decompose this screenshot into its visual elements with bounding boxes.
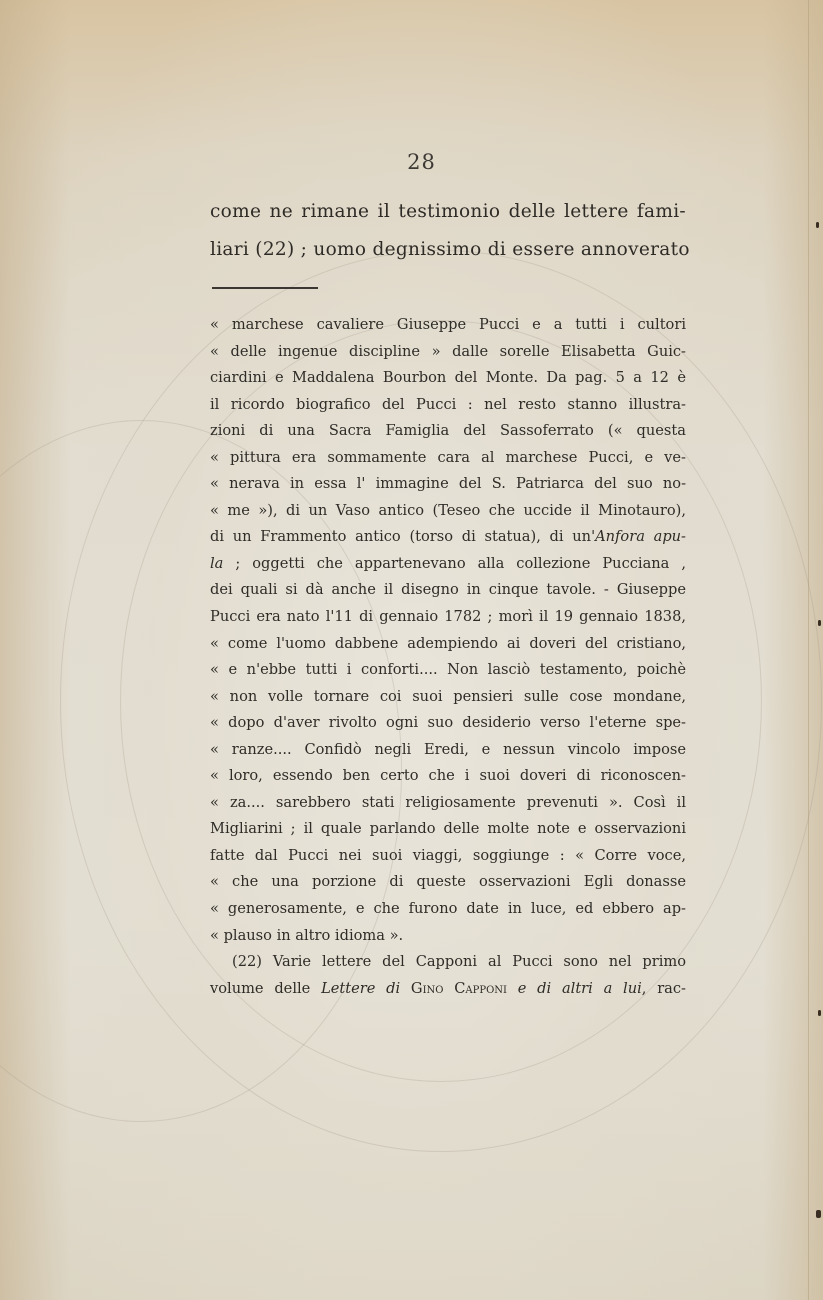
- footnote-line: « non volle tornare coi suoi pensieri su…: [210, 684, 686, 711]
- footnote-line: « plauso in altro idioma ».: [210, 923, 686, 950]
- footnote-22-start: (22) Varie lettere del Capponi al Pucci …: [210, 949, 686, 976]
- footnotes: « marchese cavaliere Giuseppe Pucci e a …: [210, 312, 686, 1002]
- footnote-line: « pittura era sommamente cara al marches…: [210, 445, 686, 472]
- footnote-line: il ricordo biografico del Pucci : nel re…: [210, 392, 686, 419]
- body-text: come ne rimane il testimonio delle lette…: [210, 197, 686, 273]
- footnote-line: « che una porzione di queste osservazion…: [210, 869, 686, 896]
- author-name-smallcaps: Gino Capponi: [400, 980, 518, 997]
- footnote-text: ; oggetti che appartenevano alla collezi…: [223, 555, 686, 572]
- italic-title: la: [210, 555, 223, 572]
- footnote-separator-rule: [212, 287, 318, 289]
- footnote-line: « loro, essendo ben certo che i suoi dov…: [210, 763, 686, 790]
- footnote-line: « come l'uomo dabbene adempiendo ai dove…: [210, 631, 686, 658]
- footnote-line: « nerava in essa l' immagine del S. Patr…: [210, 471, 686, 498]
- footnote-text: , rac-: [642, 980, 686, 997]
- footnote-text: di un Frammento antico (torso di statua)…: [210, 528, 595, 545]
- footnote-line: ciardini e Maddalena Bourbon del Monte. …: [210, 365, 686, 392]
- footnote-line: « ranze.... Confidò negli Eredi, e nessu…: [210, 737, 686, 764]
- body-line: liari (22) ; uomo degnissimo di essere a…: [210, 235, 686, 273]
- italic-title: Anfora apu-: [595, 528, 686, 545]
- footnote-line: « dopo d'aver rivolto ogni suo desiderio…: [210, 710, 686, 737]
- ink-speck: [816, 1210, 821, 1218]
- footnote-line: « za.... sarebbero stati religiosamente …: [210, 790, 686, 817]
- ink-speck: [818, 620, 821, 626]
- footnote-line: fatte dal Pucci nei suoi viaggi, soggiun…: [210, 843, 686, 870]
- footnote-text: volume delle: [210, 980, 321, 997]
- footnote-line: « marchese cavaliere Giuseppe Pucci e a …: [210, 312, 686, 339]
- footnote-line: zioni di una Sacra Famiglia del Sassofer…: [210, 418, 686, 445]
- footnote-line: Migliarini ; il quale parlando delle mol…: [210, 816, 686, 843]
- footnote-line: « e n'ebbe tutti i conforti.... Non lasc…: [210, 657, 686, 684]
- footnote-line: « delle ingenue discipline » dalle sorel…: [210, 339, 686, 366]
- footnote-line: dei quali si dà anche il disegno in cinq…: [210, 577, 686, 604]
- footnote-line: Pucci era nato l'11 di gennaio 1782 ; mo…: [210, 604, 686, 631]
- page-number: 28: [0, 150, 823, 174]
- italic-title: Lettere di: [321, 980, 400, 997]
- italic-title: e di altri a lui: [518, 980, 642, 997]
- ink-speck: [818, 1010, 821, 1016]
- footnote-line: di un Frammento antico (torso di statua)…: [210, 524, 686, 551]
- ink-speck: [816, 222, 819, 228]
- footnote-line: « generosamente, e che furono date in lu…: [210, 896, 686, 923]
- body-line: come ne rimane il testimonio delle lette…: [210, 197, 686, 235]
- footnote-line: « me »), di un Vaso antico (Teseo che uc…: [210, 498, 686, 525]
- footnote-line: la ; oggetti che appartenevano alla coll…: [210, 551, 686, 578]
- footnote-line: volume delle Lettere di Gino Capponi e d…: [210, 976, 686, 1003]
